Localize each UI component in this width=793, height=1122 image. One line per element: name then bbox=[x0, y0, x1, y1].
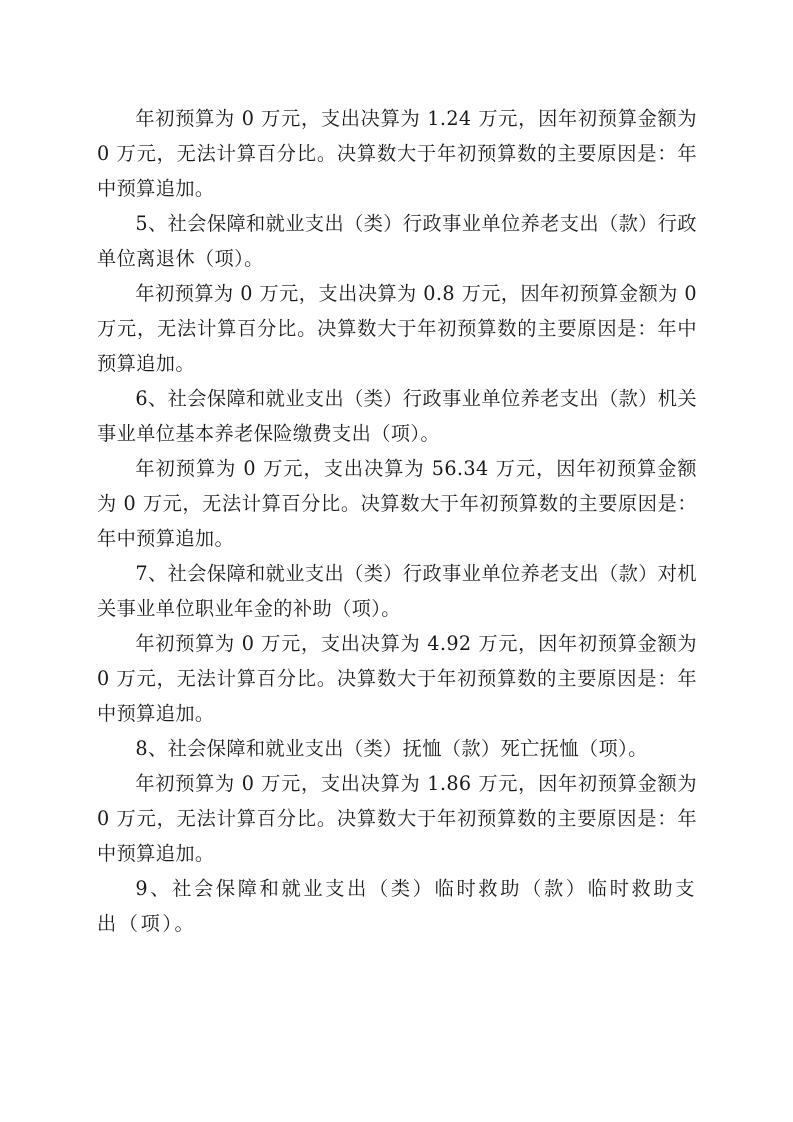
item-heading-9: 9、社会保障和就业支出（类）临时救助（款）临时救助支出（项）。 bbox=[97, 871, 697, 941]
item-heading-6: 6、社会保障和就业支出（类）行政事业单位养老支出（款）机关事业单位基本养老保险缴… bbox=[97, 381, 697, 451]
budget-detail-paragraph-6: 年初预算为 0 万元，支出决算为 56.34 万元，因年初预算金额为 0 万元，… bbox=[97, 451, 697, 556]
budget-detail-paragraph-7: 年初预算为 0 万元，支出决算为 4.92 万元，因年初预算金额为 0 万元，无… bbox=[97, 626, 697, 731]
budget-detail-paragraph-8: 年初预算为 0 万元，支出决算为 1.86 万元，因年初预算金额为 0 万元，无… bbox=[97, 766, 697, 871]
item-heading-5: 5、社会保障和就业支出（类）行政事业单位养老支出（款）行政单位离退休（项）。 bbox=[97, 206, 697, 276]
budget-detail-paragraph-5: 年初预算为 0 万元，支出决算为 0.8 万元，因年初预算金额为 0 万元，无法… bbox=[97, 276, 697, 381]
item-heading-8: 8、社会保障和就业支出（类）抚恤（款）死亡抚恤（项）。 bbox=[97, 731, 697, 766]
budget-detail-paragraph-4: 年初预算为 0 万元，支出决算为 1.24 万元，因年初预算金额为 0 万元，无… bbox=[97, 101, 697, 206]
document-page: 年初预算为 0 万元，支出决算为 1.24 万元，因年初预算金额为 0 万元，无… bbox=[97, 101, 697, 941]
item-heading-7: 7、社会保障和就业支出（类）行政事业单位养老支出（款）对机关事业单位职业年金的补… bbox=[97, 556, 697, 626]
